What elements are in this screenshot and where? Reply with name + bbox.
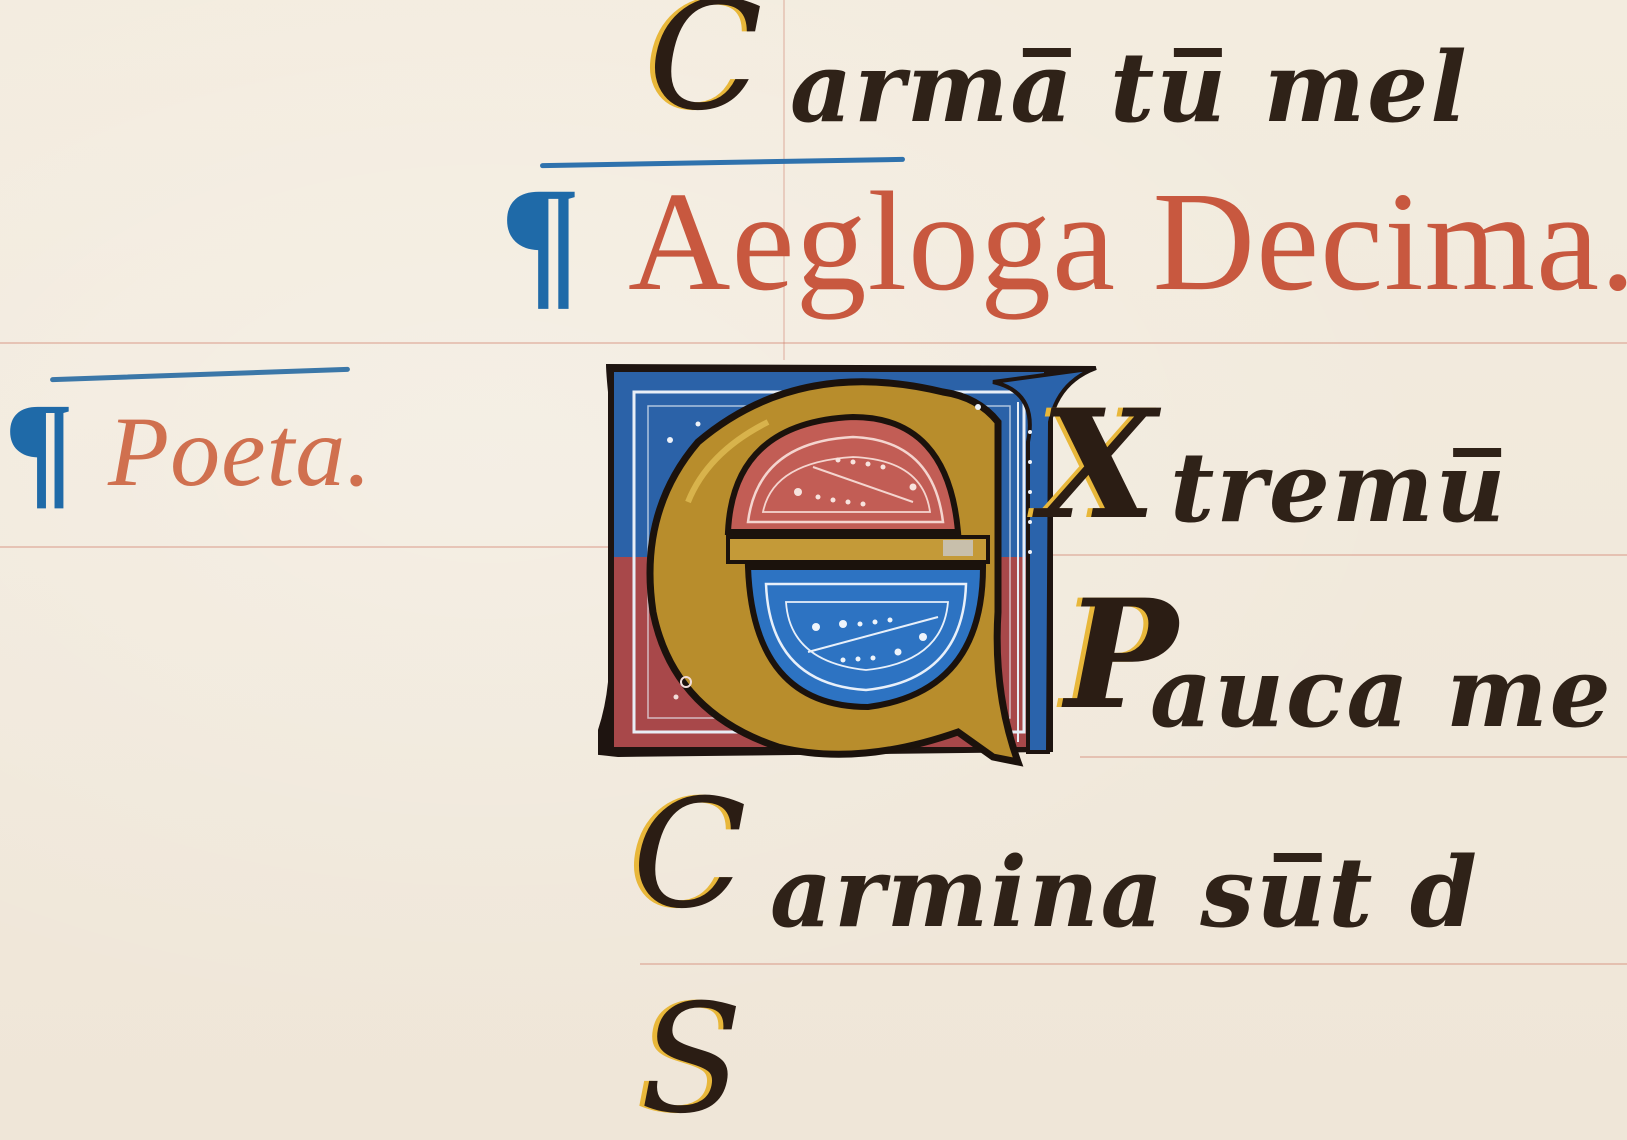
illuminated-initial-description: Gold E on quartered blue and red field w… [0,0,1,1]
decorated-initial-x: X [1040,390,1156,540]
horizontal-ruling-line [0,342,1627,344]
pilcrow-icon: ¶ [500,165,581,315]
horizontal-ruling-line [1030,554,1627,556]
pilcrow-flourish [50,367,350,382]
illuminated-initial-e [598,362,1098,782]
verse-line-top: arma̅ tu̅ mel [790,40,1469,136]
decorated-initial-c: C [632,780,747,930]
eclogue-heading: Aegloga Decima. [628,170,1627,312]
horizontal-ruling-line [640,963,1627,965]
decorated-initial-s: S [640,985,743,1135]
pilcrow-icon: ¶ [4,384,74,514]
verse-line-2: auca me [1150,645,1613,741]
verse-line-1: tremu̅ [1170,440,1507,536]
decorated-initial-c: C [648,0,763,132]
horizontal-ruling-line [1080,756,1627,758]
speaker-label: Poeta. [108,402,372,502]
horizontal-ruling-line [0,546,620,548]
verse-line-3: armina su̅t d [770,845,1479,941]
manuscript-page: C arma̅ tu̅ mel ¶ Aegloga Decima. ¶ Poet… [0,0,1627,1140]
